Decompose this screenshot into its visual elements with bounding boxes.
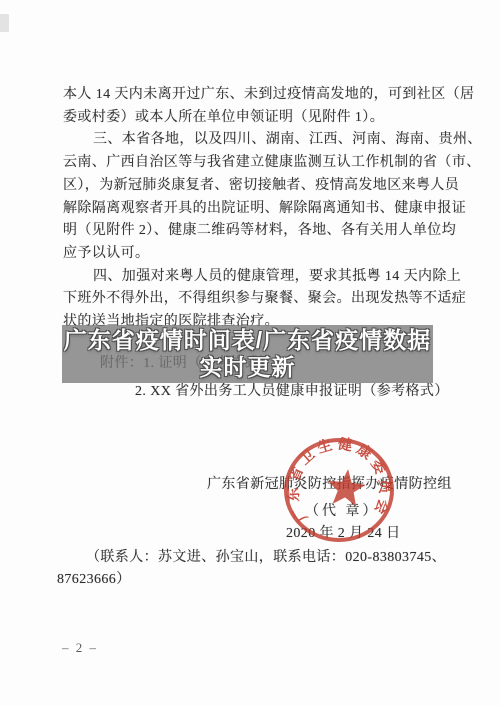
document-line: 三、本省各地，以及四川、湖南、江西、河南、海南、贵州、 xyxy=(63,129,463,152)
banner-title-line-1: 广东省疫情时间表/广东省疫情数据 xyxy=(64,327,431,354)
document-line: 区），为新冠肺炎康复者、密切接触者、疫情高发地区来粤人员 xyxy=(63,175,463,198)
scanned-document-page: 本人 14 天内未离开过广东、未到过疫情高发地的，可到社区（居委或村委）或本人所… xyxy=(0,0,500,706)
document-line: 应予以认可。 xyxy=(63,243,463,266)
attachment-line-2: 2. XX 省外出务工人员健康申报证明（参考格式） xyxy=(135,383,449,401)
document-line: 明（见附件 2）、健康二维码等材料，各地、各有关用人单位均 xyxy=(63,220,463,243)
document-line: 本人 14 天内未离开过广东、未到过疫情高发地的，可到社区（居 xyxy=(63,84,463,107)
document-line: 下班外不得外出，不得组织参与聚餐、聚会。出现发热等不适症 xyxy=(63,288,463,311)
signature-on-behalf: （代 章） xyxy=(305,503,380,521)
page-number: – 2 – xyxy=(62,639,98,657)
contact-line-2: 87623666） xyxy=(57,571,131,589)
document-line: 委或村委）或本人所在单位申领证明（见附件 1）。 xyxy=(63,107,463,130)
document-line: 四、加强对来粤人员的健康管理，要求其抵粤 14 天内除上 xyxy=(63,266,463,289)
overlay-banner: 广东省疫情时间表/广东省疫情数据 实时更新 xyxy=(62,325,433,383)
banner-title-line-2: 实时更新 xyxy=(200,354,296,381)
document-line: 云南、广西自治区等与我省建立健康监测互认工作机制的省（市、 xyxy=(63,152,463,175)
scan-artifact xyxy=(0,14,9,32)
contact-line-1: （联系人：苏文进、孙宝山，联系电话：020-83803745、 xyxy=(86,549,446,567)
signature-organization: 广东省新冠肺炎防控指挥办疫情防控组 xyxy=(207,476,452,494)
document-line: 解除隔离观察者开具的出院证明、解除隔离通知书、健康申报证 xyxy=(63,198,463,221)
signature-date: 2020 年 2 月 24 日 xyxy=(286,525,401,543)
document-body: 本人 14 天内未离开过广东、未到过疫情高发地的，可到社区（居委或村委）或本人所… xyxy=(63,84,463,334)
